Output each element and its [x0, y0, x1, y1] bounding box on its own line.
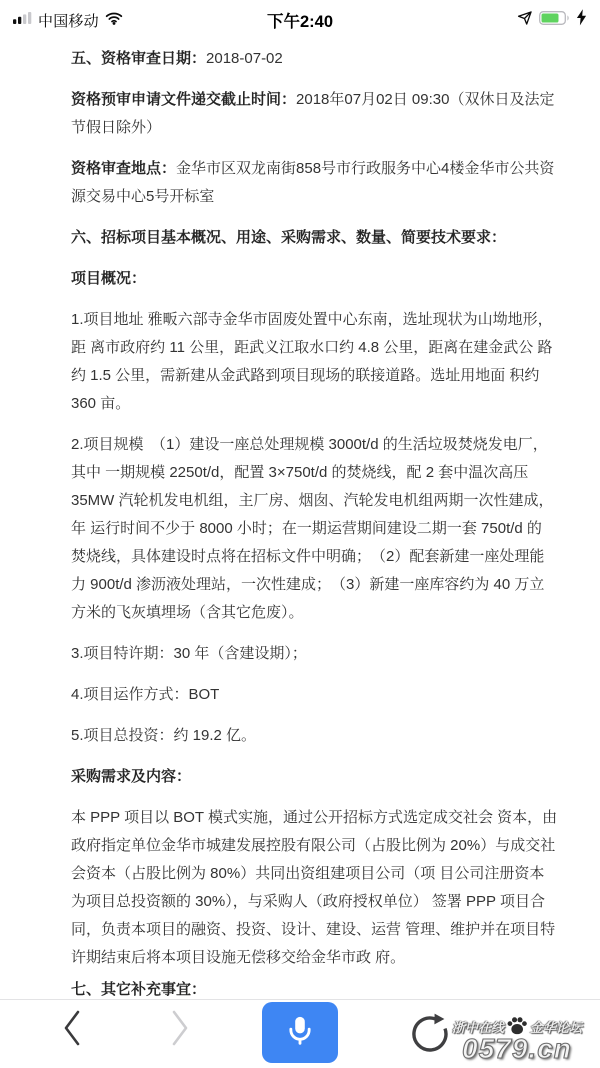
cellular-signal-icon	[13, 11, 32, 29]
doc-line: 距 离市政府约 11 公里，距武义江取水口约 4.8 公里，距离在建金武公 路	[71, 334, 564, 362]
doc-line: 方米的飞灰填埋场（含其它危废）。	[71, 599, 564, 627]
watermark-site-right: 金华论坛	[530, 1021, 582, 1034]
status-bar: 中国移动 下午2:40	[0, 0, 600, 40]
doc-line: 其中 一期规模 2250t/d，配置 3×750t/d 的焚烧线，配 2 套中温…	[71, 459, 564, 487]
operation-mode-line: 4.项目运作方式：BOT	[71, 681, 564, 709]
location-arrow-icon	[517, 10, 533, 31]
doc-line: 会资本（占股比例为 80%）共同出资组建项目公司（项 目公司注册资本	[71, 860, 564, 888]
doc-line: 4.项目运作方式：BOT	[71, 681, 564, 709]
ppp-description-paragraph: 本 PPP 项目以 BOT 模式实施，通过公开招标方式选定成交社会 资本，由 政…	[71, 804, 564, 972]
voice-search-button[interactable]	[262, 1002, 338, 1063]
browser-toolbar: 浙中在线 金华论坛 0579.cn	[0, 999, 600, 1068]
doc-line: 年 运行时间不少于 8000 小时；在一期运营期间建设二期一套 750t/d 的	[71, 515, 564, 543]
wifi-icon	[105, 11, 123, 30]
forward-button[interactable]	[168, 1007, 192, 1052]
total-investment-line: 5.项目总投资：约 19.2 亿。	[71, 722, 564, 750]
charging-bolt-icon	[576, 9, 587, 31]
back-button[interactable]	[60, 1007, 84, 1052]
project-address-paragraph: 1.项目地址 雅畈六部寺金华市固废处置中心东南，选址现状为山坳地形， 距 离市政…	[71, 306, 564, 418]
project-scale-paragraph: 2.项目规模 （1）建设一座总处理规模 3000t/d 的生活垃圾焚烧发电厂， …	[71, 431, 564, 627]
doc-line: 政府指定单位金华市城建发展控股有限公司（占股比例为 20%）与成交社	[71, 832, 564, 860]
doc-line: 1.项目地址 雅畈六部寺金华市固废处置中心东南，选址现状为山坳地形，	[71, 306, 564, 334]
document-content: 五、资格审查日期：2018-07-02 资格预审申请文件递交截止时间：2018年…	[0, 40, 600, 1068]
franchise-period-line: 3.项目特许期：30 年（含建设期）；	[71, 640, 564, 668]
doc-line: 为项目总投资额的 30%），与采购人（政府授权单位） 签署 PPP 项目合	[71, 888, 564, 916]
doc-line: 2.项目规模 （1）建设一座总处理规模 3000t/d 的生活垃圾焚烧发电厂，	[71, 431, 564, 459]
doc-line: 360 亩。	[71, 390, 564, 418]
review-date-value: 2018-07-02	[206, 50, 283, 67]
carrier-label: 中国移动	[38, 10, 99, 31]
location-paragraph: 资格审查地点：金华市区双龙南街858号市行政服务中心4楼金华市公共资 源交易中心…	[71, 155, 564, 211]
doc-line: 约 1.5 公里，需新建从金武路到项目现场的联接道路。选址用地面 积约	[71, 362, 564, 390]
doc-line: 同，负责本项目的融资、投资、设计、建设、运营 管理、维护并在项目特	[71, 916, 564, 944]
doc-line: 焚烧线，具体建设时点将在招标文件中明确； （2）配套新建一座处理能	[71, 543, 564, 571]
watermark-site-left: 浙中在线	[452, 1021, 504, 1034]
doc-line: 35MW 汽轮机发电机组，主厂房、烟囱、汽轮发电机组两期一次性建成，	[71, 487, 564, 515]
review-date-line: 五、资格审查日期：2018-07-02	[71, 45, 564, 73]
chevron-left-icon	[60, 1037, 84, 1052]
deadline-paragraph: 资格预审申请文件递交截止时间：2018年07月02日 09:30（双休日及法定 …	[71, 86, 564, 142]
procurement-heading: 采购需求及内容：	[71, 763, 564, 791]
doc-line: 5.项目总投资：约 19.2 亿。	[71, 722, 564, 750]
deadline-label: 资格预审申请文件递交截止时间：	[71, 91, 296, 108]
doc-line: 节假日除外）	[71, 114, 564, 142]
battery-icon	[539, 11, 570, 30]
chevron-right-icon	[168, 1037, 192, 1052]
microphone-icon	[282, 1013, 318, 1052]
project-overview-heading: 项目概况：	[71, 265, 564, 293]
watermark-domain: 0579.cn	[442, 1035, 592, 1063]
location-label: 资格审查地点：	[71, 160, 176, 177]
doc-line: 源交易中心5号开标室	[71, 183, 564, 211]
doc-line: 许期结束后将本项目设施无偿移交给金华市政 府。	[71, 944, 564, 972]
doc-line: 力 900t/d 渗沥液处理站，一次性建成； （3）新建一座库容约为 40 万立	[71, 571, 564, 599]
watermark-logo: 浙中在线 金华论坛 0579.cn	[442, 1016, 592, 1063]
review-date-label: 五、资格审查日期：	[71, 50, 206, 67]
doc-line: 本 PPP 项目以 BOT 模式实施，通过公开招标方式选定成交社会 资本，由	[71, 804, 564, 832]
doc-line: 3.项目特许期：30 年（含建设期）；	[71, 640, 564, 668]
section-6-heading: 六、招标项目基本概况、用途、采购需求、数量、简要技术要求：	[71, 224, 564, 252]
